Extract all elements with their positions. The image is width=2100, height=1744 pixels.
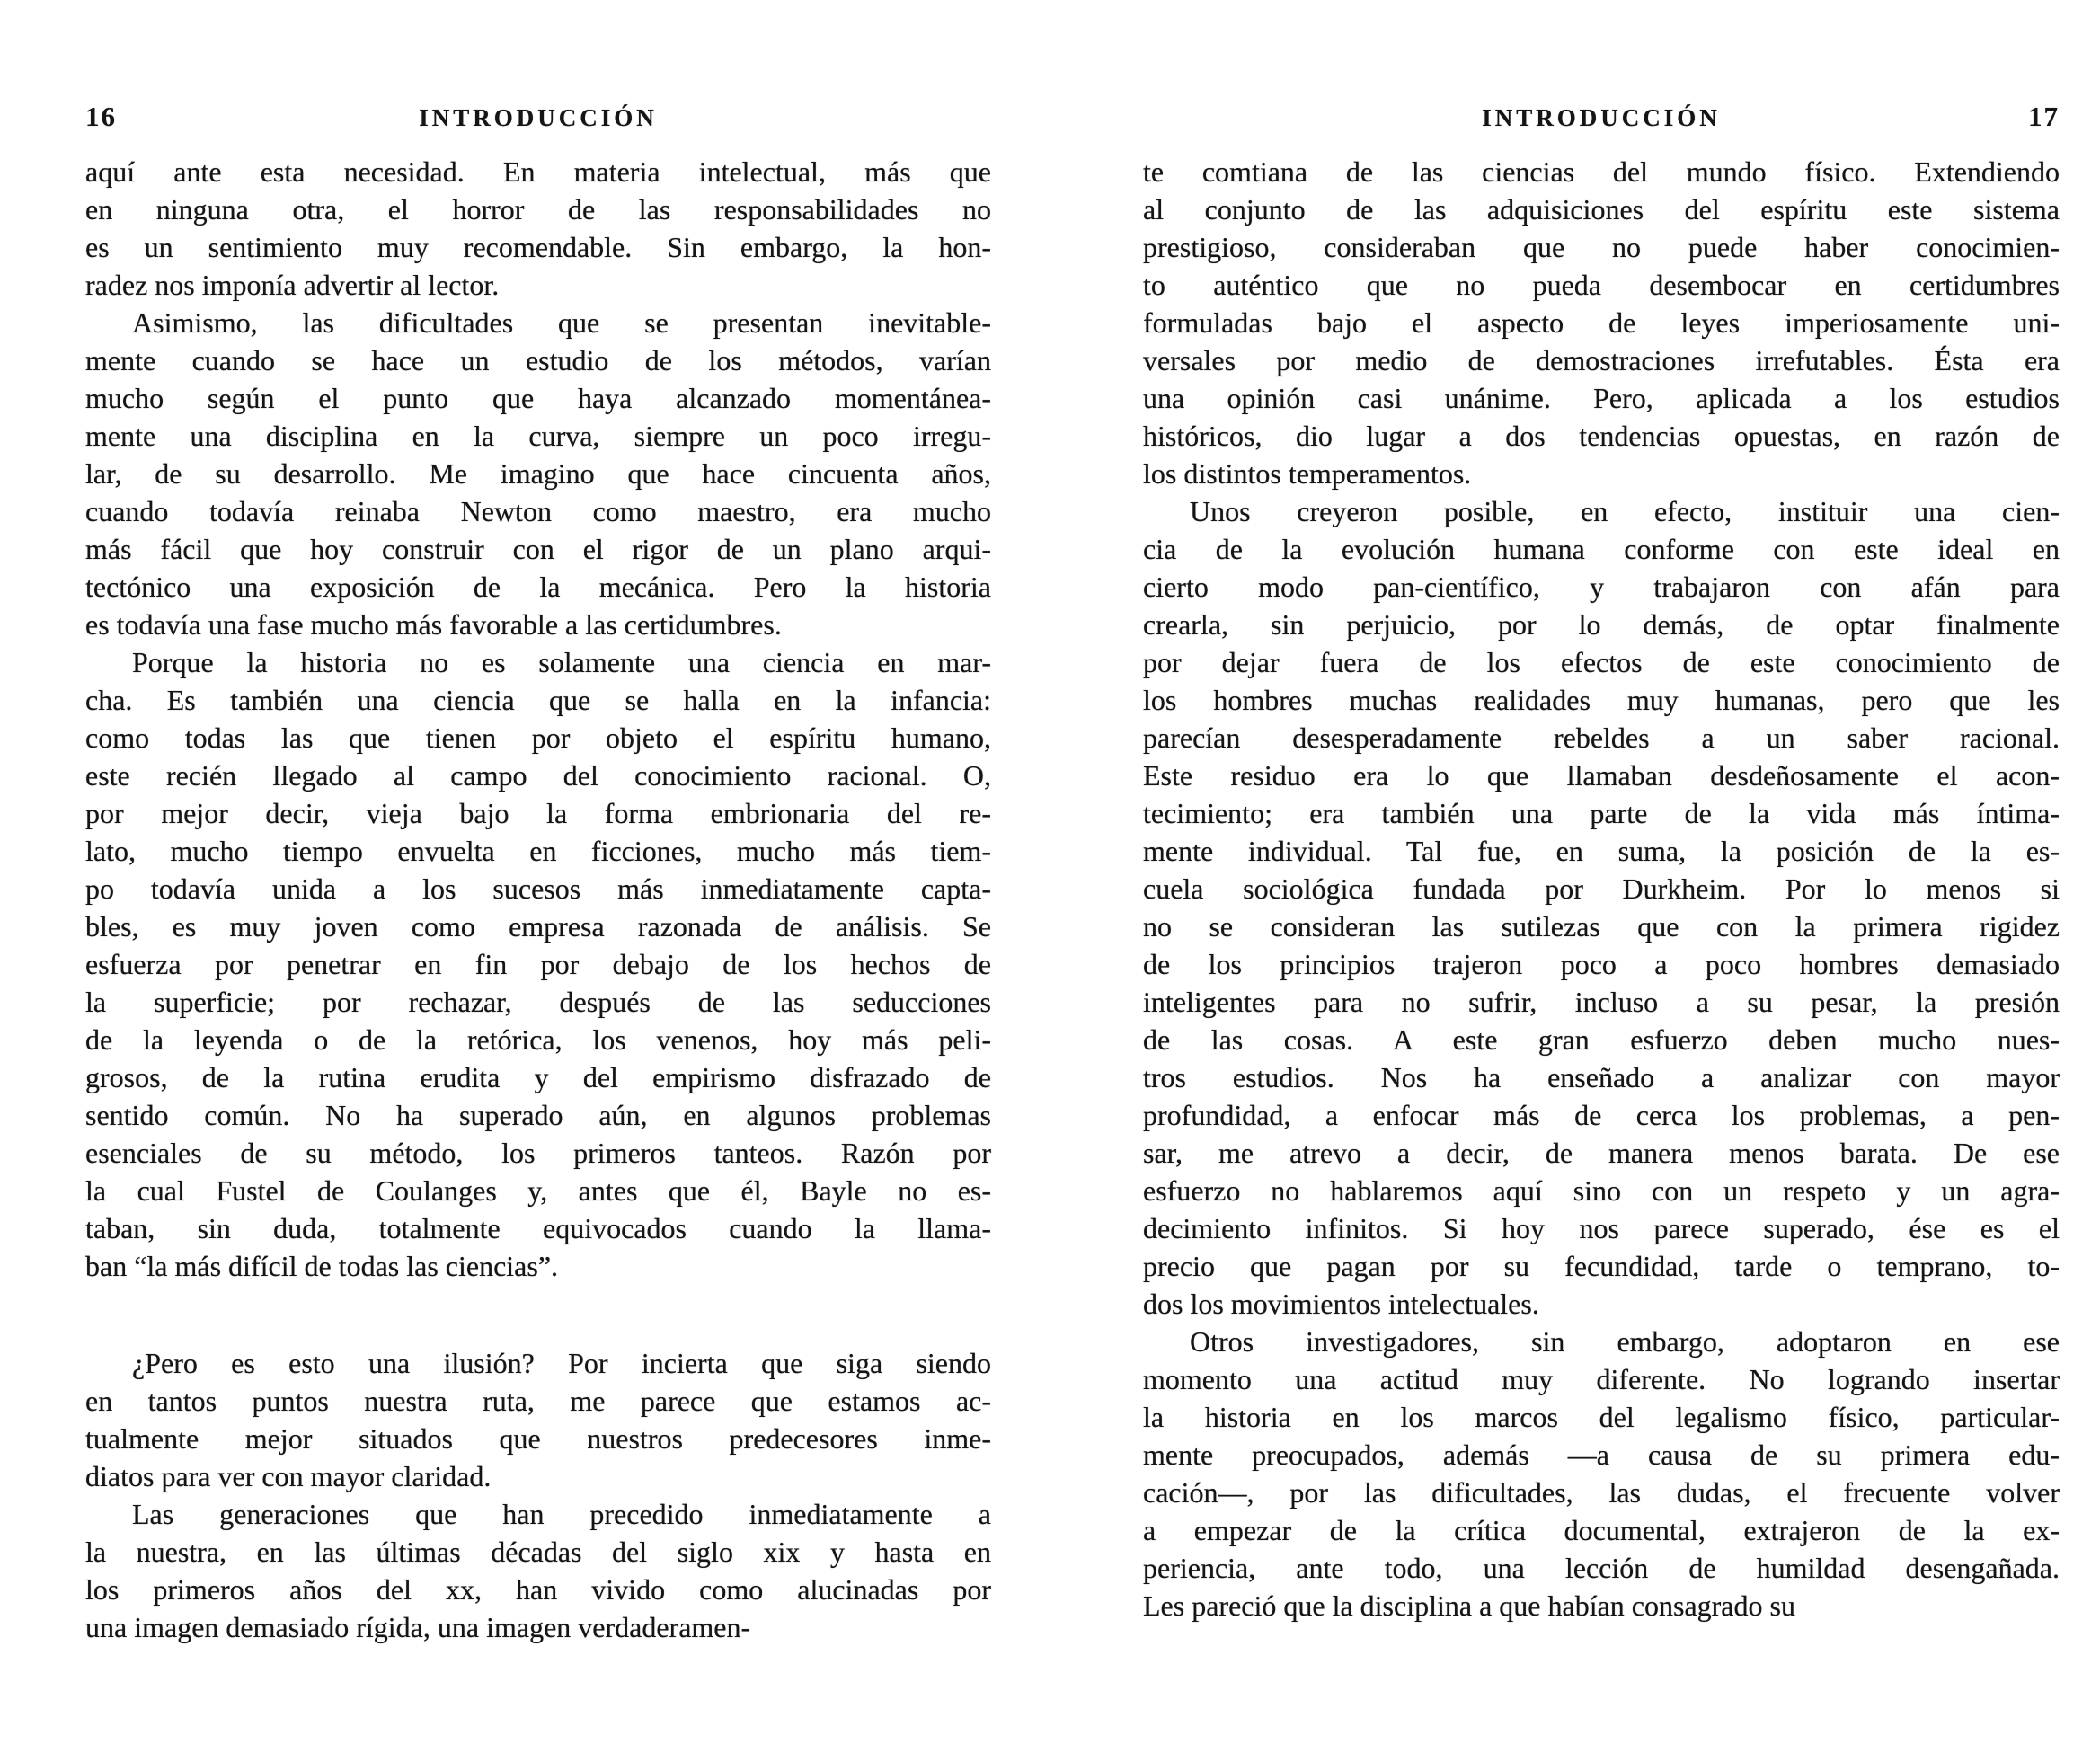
text-line: inteligentes para no sufrir, incluso a s… (1143, 983, 2060, 1021)
text-line: como todas las que tienen por objeto el … (85, 719, 991, 757)
text-line: sentido común. No ha superado aún, en al… (85, 1096, 991, 1134)
paragraph: te comtiana de las ciencias del mundo fí… (1143, 153, 2060, 492)
text-line: periencia, ante todo, una lección de hum… (1143, 1549, 2060, 1587)
text-line: cierto modo pan-científico, y trabajaron… (1143, 568, 2060, 606)
paragraph: Las generaciones que han precedido inmed… (85, 1495, 991, 1646)
text-line: aquí ante esta necesidad. En materia int… (85, 153, 991, 190)
text-line: más fácil que hoy construir con el rigor… (85, 530, 991, 568)
page-header-right: INTRODUCCIÓN 17 (1143, 101, 2060, 133)
text-line: los hombres muchas realidades muy humana… (1143, 681, 2060, 719)
text-line: esenciales de su método, los primeros ta… (85, 1134, 991, 1172)
text-line: de la leyenda o de la retórica, los vene… (85, 1021, 991, 1058)
text-line: en tantos puntos nuestra ruta, me parece… (85, 1382, 991, 1420)
text-line: momento una actitud muy diferente. No lo… (1143, 1360, 2060, 1398)
book-spread: 16 INTRODUCCIÓN aquí ante esta necesidad… (0, 0, 2100, 1744)
text-line: lato, mucho tiempo envuelta en ficciones… (85, 832, 991, 870)
text-line: po todavía unida a los sucesos más inmed… (85, 870, 991, 907)
text-line: ¿Pero es esto una ilusión? Por incierta … (85, 1344, 991, 1382)
text-line: una imagen demasiado rígida, una imagen … (85, 1608, 991, 1646)
text-line: al conjunto de las adquisiciones del esp… (1143, 190, 2060, 228)
text-line: cuando todavía reinaba Newton como maest… (85, 492, 991, 530)
text-line: cia de la evolución humana conforme con … (1143, 530, 2060, 568)
text-line: tecimiento; era también una parte de la … (1143, 794, 2060, 832)
page-right: INTRODUCCIÓN 17 te comtiana de las cienc… (1143, 0, 2060, 1744)
text-line: prestigioso, consideraban que no puede h… (1143, 228, 2060, 266)
text-line: es un sentimiento muy recomendable. Sin … (85, 228, 991, 266)
running-header: INTRODUCCIÓN (1233, 104, 1970, 132)
text-line: lar, de su desarrollo. Me imagino que ha… (85, 455, 991, 492)
text-line: diatos para ver con mayor claridad. (85, 1457, 991, 1495)
text-line: tualmente mejor situados que nuestros pr… (85, 1420, 991, 1457)
text-line: mente una disciplina en la curva, siempr… (85, 417, 991, 455)
text-line: ban “la más difícil de todas las ciencia… (85, 1247, 991, 1285)
text-line: decimiento infinitos. Si hoy nos parece … (1143, 1209, 2060, 1247)
text-line: a empezar de la crítica documental, extr… (1143, 1511, 2060, 1549)
text-line: mente cuando se hace un estudio de los m… (85, 341, 991, 379)
text-line: una opinión casi unánime. Pero, aplicada… (1143, 379, 2060, 417)
text-line: por mejor decir, vieja bajo la forma emb… (85, 794, 991, 832)
text-line: mente individual. Tal fue, en suma, la p… (1143, 832, 2060, 870)
text-line: versales por medio de demostraciones irr… (1143, 341, 2060, 379)
text-line: profundidad, a enfocar más de cerca los … (1143, 1096, 2060, 1134)
paragraph: ¿Pero es esto una ilusión? Por incierta … (85, 1344, 991, 1495)
text-line: to auténtico que no pueda desembocar en … (1143, 266, 2060, 304)
text-line: bles, es muy joven como empresa razonada… (85, 907, 991, 945)
text-line: Las generaciones que han precedido inmed… (85, 1495, 991, 1533)
text-line: grosos, de la rutina erudita y del empir… (85, 1058, 991, 1096)
text-line: de las cosas. A este gran esfuerzo deben… (1143, 1021, 2060, 1058)
text-line: tros estudios. Nos ha enseñado a analiza… (1143, 1058, 2060, 1096)
text-line: esfuerzo no hablaremos aquí sino con un … (1143, 1172, 2060, 1209)
page-number: 17 (1970, 101, 2060, 133)
text-line: Les pareció que la disciplina a que habí… (1143, 1587, 2060, 1624)
text-line: la nuestra, en las últimas décadas del s… (85, 1533, 991, 1571)
text-line: sar, me atrevo a decir, de manera menos … (1143, 1134, 2060, 1172)
text-line: Unos creyeron posible, en efecto, instit… (1143, 492, 2060, 530)
page-body-right: te comtiana de las ciencias del mundo fí… (1143, 153, 2060, 1624)
text-line: precio que pagan por su fecundidad, tard… (1143, 1247, 2060, 1285)
text-line: formuladas bajo el aspecto de leyes impe… (1143, 304, 2060, 341)
paragraph: aquí ante esta necesidad. En materia int… (85, 153, 991, 304)
paragraph: Porque la historia no es solamente una c… (85, 643, 991, 1285)
text-line: Porque la historia no es solamente una c… (85, 643, 991, 681)
text-line: por dejar fuera de los efectos de este c… (1143, 643, 2060, 681)
text-line: radez nos imponía advertir al lector. (85, 266, 991, 304)
text-line: la cual Fustel de Coulanges y, antes que… (85, 1172, 991, 1209)
text-line: parecían desesperadamente rebeldes a un … (1143, 719, 2060, 757)
text-line: mucho según el punto que haya alcanzado … (85, 379, 991, 417)
page-body-left: aquí ante esta necesidad. En materia int… (85, 153, 991, 1646)
text-line: mente preocupados, además —a causa de su… (1143, 1436, 2060, 1474)
page-header-left: 16 INTRODUCCIÓN (85, 101, 991, 133)
text-line: taban, sin duda, totalmente equivocados … (85, 1209, 991, 1247)
text-line: los distintos temperamentos. (1143, 455, 2060, 492)
paragraph: Otros investigadores, sin embargo, adopt… (1143, 1323, 2060, 1624)
text-line: crearla, sin perjuicio, por lo demás, de… (1143, 606, 2060, 643)
paragraph: Unos creyeron posible, en efecto, instit… (1143, 492, 2060, 1323)
text-line: es todavía una fase mucho más favorable … (85, 606, 991, 643)
text-line: te comtiana de las ciencias del mundo fí… (1143, 153, 2060, 190)
running-header: INTRODUCCIÓN (175, 104, 901, 132)
text-line: la superficie; por rechazar, después de … (85, 983, 991, 1021)
text-line: cación—, por las dificultades, las dudas… (1143, 1474, 2060, 1511)
text-line: no se consideran las sutilezas que con l… (1143, 907, 2060, 945)
page-number: 16 (85, 101, 175, 133)
paragraph: Asimismo, las dificultades que se presen… (85, 304, 991, 643)
text-line: este recién llegado al campo del conocim… (85, 757, 991, 794)
text-line: esfuerza por penetrar en fin por debajo … (85, 945, 991, 983)
text-line: de los principios trajeron poco a poco h… (1143, 945, 2060, 983)
text-line: los primeros años del xx, han vivido com… (85, 1571, 991, 1608)
page-left: 16 INTRODUCCIÓN aquí ante esta necesidad… (85, 0, 991, 1744)
text-line: dos los movimientos intelectuales. (1143, 1285, 2060, 1323)
text-line: Asimismo, las dificultades que se presen… (85, 304, 991, 341)
text-line: tectónico una exposición de la mecánica.… (85, 568, 991, 606)
text-line: en ninguna otra, el horror de las respon… (85, 190, 991, 228)
text-line: Este residuo era lo que llamaban desdeño… (1143, 757, 2060, 794)
text-line: históricos, dio lugar a dos tendencias o… (1143, 417, 2060, 455)
text-line: cuela sociológica fundada por Durkheim. … (1143, 870, 2060, 907)
text-line: la historia en los marcos del legalismo … (1143, 1398, 2060, 1436)
text-line: cha. Es también una ciencia que se halla… (85, 681, 991, 719)
text-line: Otros investigadores, sin embargo, adopt… (1143, 1323, 2060, 1360)
